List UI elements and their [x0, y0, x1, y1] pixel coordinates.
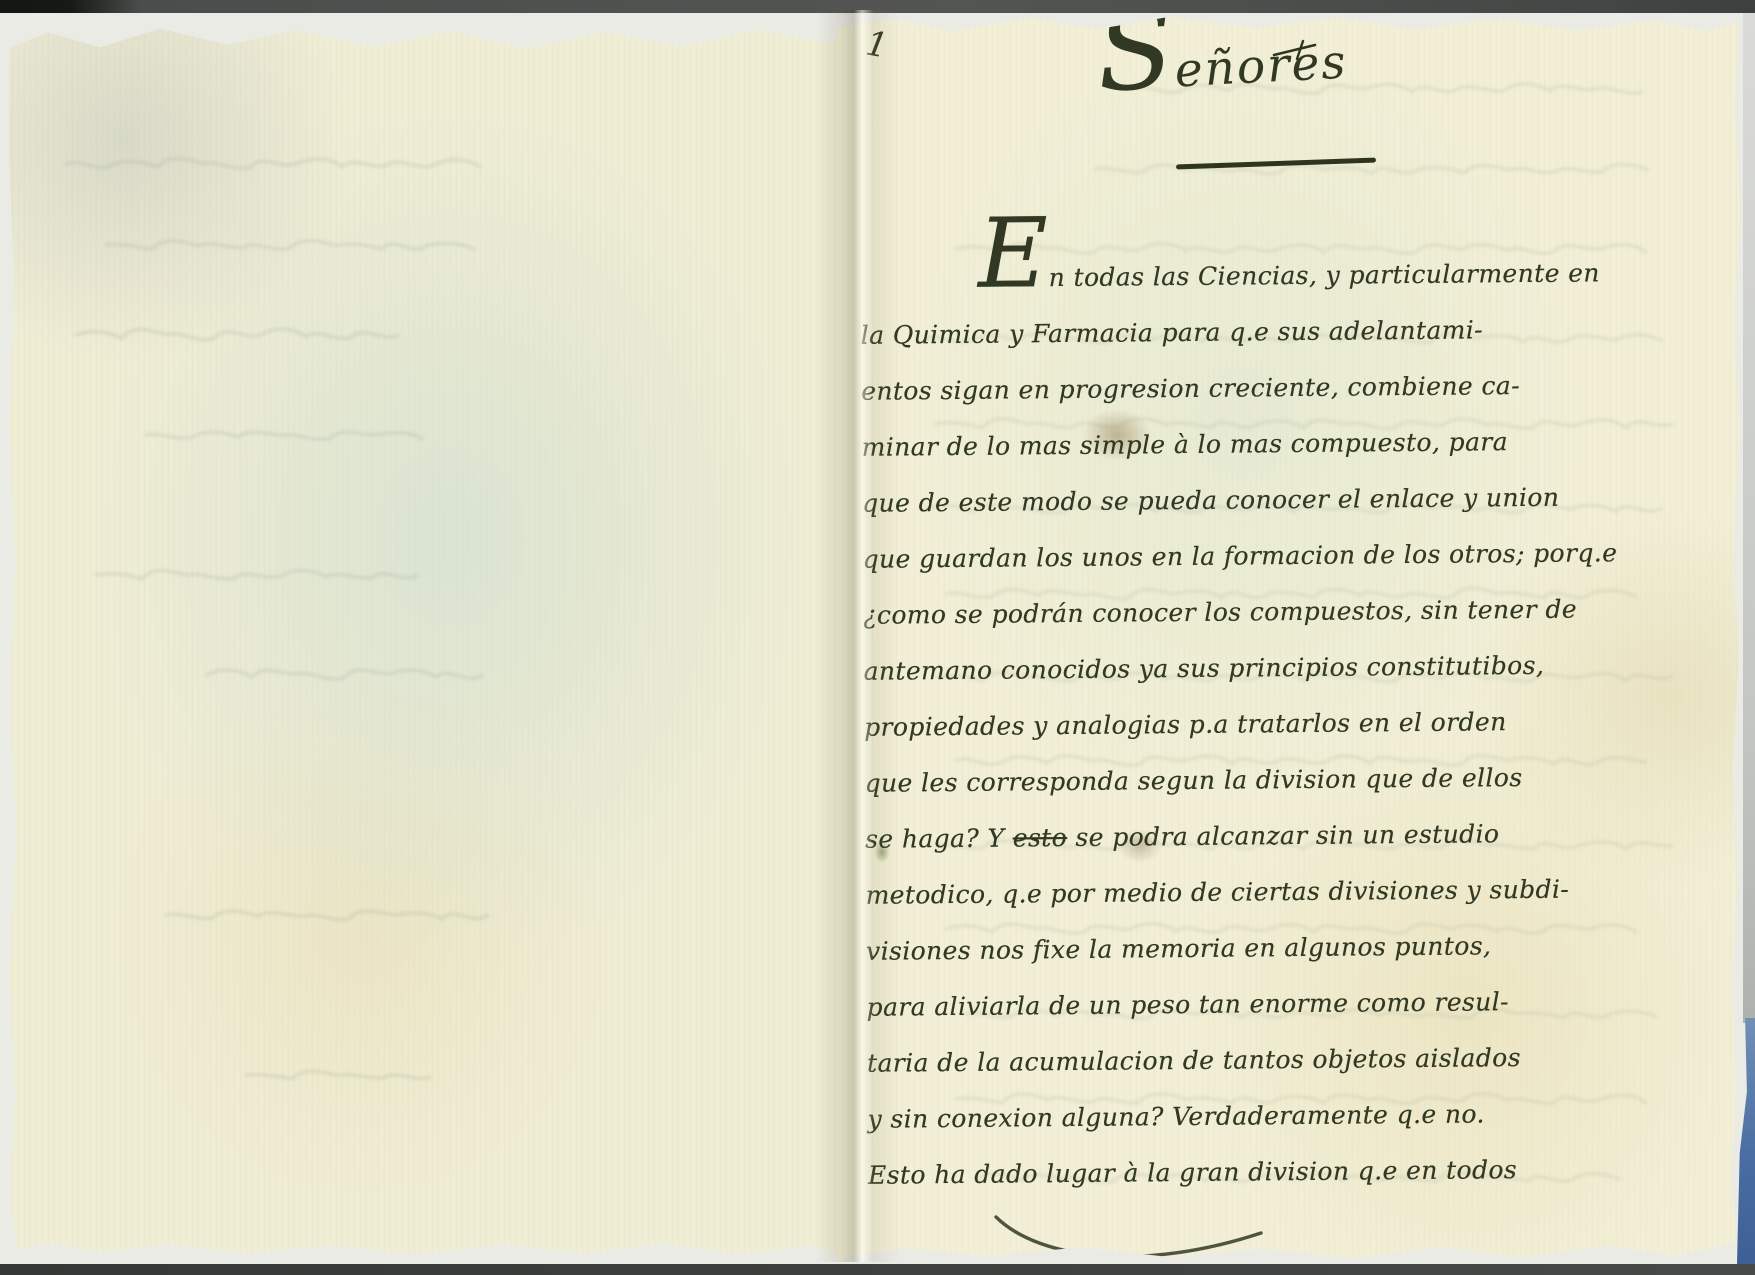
ghost-stroke — [206, 670, 482, 679]
struck-word: esto — [1013, 823, 1068, 852]
manuscript-line: metodico, q.e por medio de ciertas divis… — [865, 861, 1621, 924]
showthrough-ghost-writing — [6, 15, 860, 1258]
line-segment: se podra alcanzar sin un estudio — [1067, 819, 1500, 852]
folio-number: 1 — [863, 23, 891, 66]
scanned-manuscript: { "scan": { "scanner_strip_color": "#474… — [0, 0, 1755, 1275]
page-heading: Señores — [1097, 37, 1349, 102]
manuscript-line: que guardan los unos en la formacion de … — [862, 525, 1618, 588]
manuscript-line: ¿como se podrán conocer los compuestos, … — [863, 581, 1619, 644]
manuscript-line: se haga? Y esto se podra alcanzar sin un… — [865, 805, 1621, 868]
left-page-blank — [6, 15, 860, 1258]
manuscript-line: que les corresponda segun la division qu… — [864, 749, 1620, 812]
ghost-stroke — [146, 432, 422, 439]
ghost-stroke — [96, 570, 418, 578]
manuscript-line: antemano conocidos ya sus principios con… — [863, 637, 1619, 700]
line-segment: se haga? Y — [865, 823, 1013, 853]
ghost-stroke — [106, 241, 474, 249]
manuscript-body: En todas las Ciencias, y particularmente… — [836, 245, 1624, 1204]
manuscript-line: la Quimica y Farmacia para q.e sus adela… — [860, 301, 1616, 364]
manuscript-line: que de este modo se pueda conocer el enl… — [862, 469, 1618, 532]
manuscript-line: minar de lo mas simple à lo mas compuest… — [861, 413, 1617, 476]
blue-cover-corner — [1737, 1018, 1755, 1264]
manuscript-line: taria de la acumulacion de tantos objeto… — [867, 1029, 1623, 1092]
heading-underline — [1176, 158, 1376, 170]
manuscript-line: propiedades y analogias p.a tratarlos en… — [864, 693, 1620, 756]
manuscript-line: y sin conexion alguna? Verdaderamente q.… — [867, 1085, 1623, 1148]
scanner-edge-bottom — [0, 1264, 1755, 1275]
manuscript-line: Esto ha dado lugar à la gran division q.… — [868, 1141, 1624, 1204]
right-page-manuscript: 1 Señores En todas las Ciencias, y parti… — [836, 9, 1742, 1261]
pen-flourish — [996, 1217, 1261, 1257]
ghost-stroke — [246, 1071, 430, 1079]
manuscript-line: En todas las Ciencias, y particularmente… — [860, 245, 1616, 308]
ghost-stroke — [76, 329, 398, 340]
manuscript-line: visiones nos fixe la memoria en algunos … — [866, 917, 1622, 980]
manuscript-line: para aliviarla de un peso tan enorme com… — [866, 973, 1622, 1036]
backing-sheet-edge — [1743, 13, 1755, 1023]
scanner-edge-top — [0, 0, 1755, 13]
manuscript-line: entos sigan en progresion creciente, com… — [861, 357, 1617, 420]
ghost-stroke — [166, 911, 488, 920]
ghost-stroke — [66, 158, 480, 168]
